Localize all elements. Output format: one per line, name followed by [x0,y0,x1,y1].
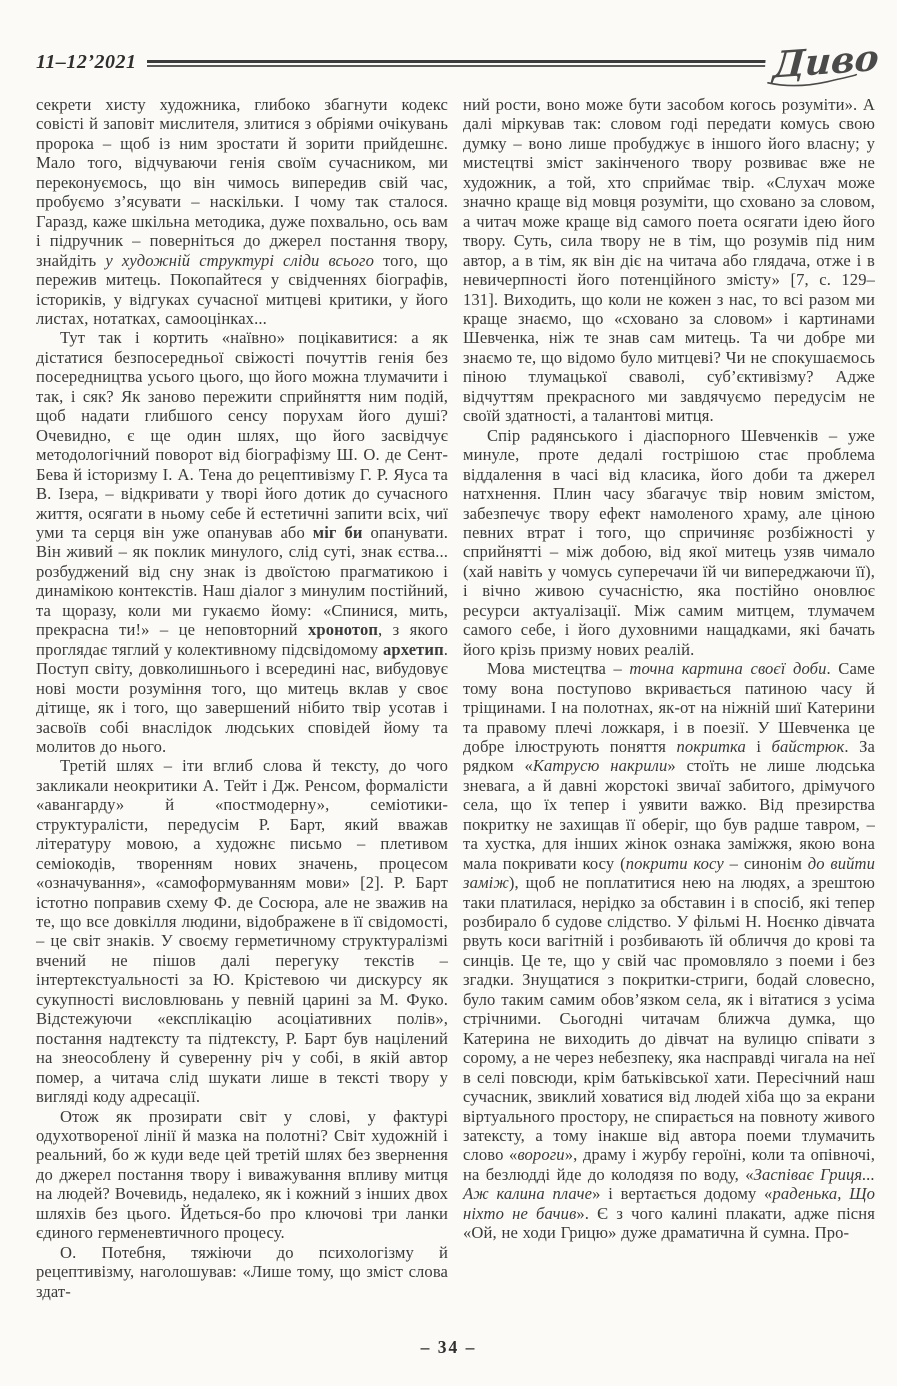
paragraph: секрети хисту художника, глибоко збагнут… [36,95,448,328]
text-run: О. Потебня, тяжіючи до психологізму й ре… [36,1243,448,1301]
paragraph: О. Потебня, тяжіючи до психологізму й ре… [36,1243,448,1301]
journal-page: 11–12’2021 Диво секрети хисту художника,… [0,0,897,1386]
paragraph: Третій шлях – іти вглиб слова й тексту, … [36,756,448,1106]
text-run: » і вертається додому « [592,1184,772,1203]
text-run: ), щоб не поплатитися нею на людях, а зр… [463,873,875,1164]
page-number: – 34 – [421,1337,477,1357]
text-run: байстрюк [772,737,845,756]
text-run: ний рости, воно може бути засобом когось… [463,95,875,425]
text-run: Мова мистецтва – [487,659,629,678]
journal-logo: Диво [764,40,880,84]
page-footer: – 34 – [0,1337,897,1358]
page-header: 11–12’2021 Диво [36,42,879,82]
paragraph: Спір радянського і діаспорного Шевченків… [463,426,875,659]
left-column: секрети хисту художника, глибоко збагнут… [36,95,448,1341]
text-columns: секрети хисту художника, глибоко збагнут… [36,95,875,1341]
text-run: Отож як прозирати світ у слові, у фактур… [36,1107,448,1243]
text-run: міг би [313,523,363,542]
text-run: – синонім [724,854,808,873]
text-run: покритка [677,737,746,756]
text-run: секрети хисту художника, глибоко збагнут… [36,95,448,270]
text-run: Катрусю накрили [533,756,667,775]
text-run: Тут так і кортить «наївно» поцікавитися:… [36,328,448,542]
text-run: архетип [383,640,444,659]
paragraph: Отож як прозирати світ у слові, у фактур… [36,1107,448,1243]
text-run: вороги [517,1145,564,1164]
text-run: Третій шлях – іти вглиб слова й тексту, … [36,756,448,1106]
paragraph: ний рости, воно може бути засобом когось… [463,95,875,426]
text-run: у художній структурі сліди всього [105,251,374,270]
issue-number: 11–12’2021 [36,51,147,74]
text-run: покрити косу [626,854,724,873]
right-column: ний рости, воно може бути засобом когось… [463,95,875,1341]
text-run: Спір радянського і діаспорного Шевченків… [463,426,875,659]
text-run: точна картина своєї доби [629,659,826,678]
paragraph: Тут так і кортить «наївно» поцікавитися:… [36,328,448,756]
text-run: і [746,737,772,756]
paragraph: Мова мистецтва – точна картина своєї доб… [463,659,875,1243]
text-run: хронотоп [308,620,378,639]
header-double-rule [147,60,772,67]
